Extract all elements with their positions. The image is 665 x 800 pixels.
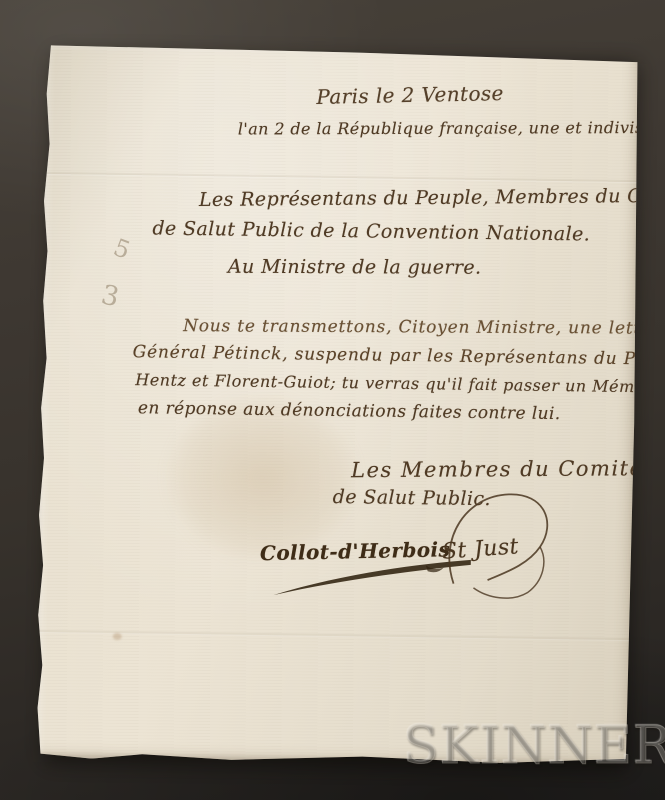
photograph-backdrop: 5 3 Paris le 2 Ventose l'an 2 de la Répu… bbox=[0, 0, 665, 800]
dateline-republic-year: l'an 2 de la République française, une e… bbox=[238, 118, 665, 139]
dateline-city-date: Paris le 2 Ventose bbox=[316, 81, 504, 109]
closing-line-1: Les Membres du Comité bbox=[351, 456, 644, 482]
sender-line-1: Les Représentans du Peuple, Membres du C… bbox=[199, 184, 665, 211]
foxing-spot bbox=[113, 633, 122, 640]
recipient-line: Au Ministre de la guerre. bbox=[228, 256, 482, 279]
auction-house-watermark: SKINNER bbox=[403, 716, 665, 776]
signature-loop-flourish bbox=[435, 487, 577, 609]
manuscript-letter-page: 5 3 Paris le 2 Ventose l'an 2 de la Répu… bbox=[35, 44, 640, 766]
body-line-1: Nous te transmettons, Citoyen Ministre, … bbox=[183, 316, 665, 339]
